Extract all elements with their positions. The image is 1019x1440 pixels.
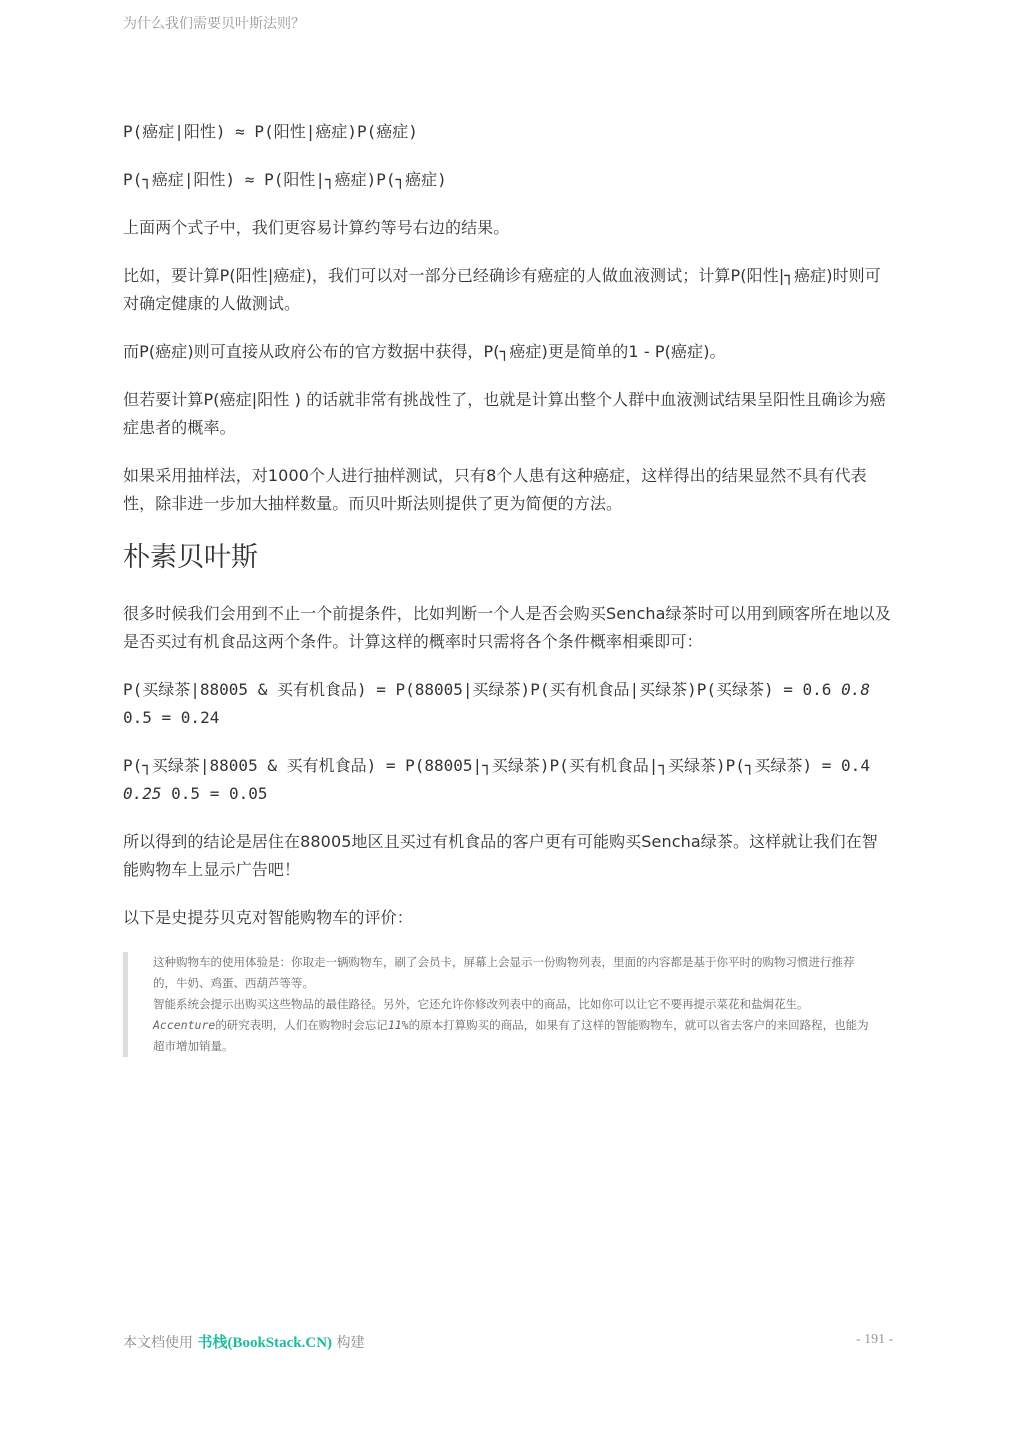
formula-text: P(买绿茶|88005 & 买有机食品) = P(88005|买绿茶)P(买有机… <box>123 680 841 699</box>
paragraph: 以下是史提芬贝克对智能购物车的评价： <box>123 904 893 932</box>
footer-prefix: 本文档使用 <box>123 1335 197 1351</box>
blockquote: 这种购物车的使用体验是：你取走一辆购物车，刷了会员卡，屏幕上会显示一份购物列表，… <box>123 952 873 1057</box>
page-number: - 191 - <box>856 1332 893 1348</box>
formula-text: 0.5 = 0.05 <box>162 784 268 803</box>
paragraph: 但若要计算P(癌症|阳性 ) 的话就非常有挑战性了，也就是计算出整个人群中血液测… <box>123 386 893 442</box>
bookstack-link[interactable]: 书栈(BookStack.CN) <box>197 1335 332 1351</box>
formula-cancer-given-positive: P(癌症|阳性) ≈ P(阳性|癌症)P(癌症) <box>123 118 893 146</box>
footer-suffix: 构建 <box>332 1335 364 1351</box>
formula-not-buy-green-tea: P(┐买绿茶|88005 & 买有机食品) = P(88005|┐买绿茶)P(买… <box>123 752 893 808</box>
quote-italic: Accenture <box>153 1018 215 1032</box>
formula-not-cancer-given-positive: P(┐癌症|阳性) ≈ P(阳性|┐癌症)P(┐癌症) <box>123 166 893 194</box>
quote-italic: 11% <box>388 1018 409 1032</box>
quote-line: 智能系统会提示出购买这些物品的最佳路径。另外，它还允许你修改列表中的商品，比如你… <box>153 994 873 1015</box>
formula-text: 0.5 = 0.24 <box>123 708 219 727</box>
formula-italic-value: 0.8 <box>841 680 870 699</box>
paragraph: 如果采用抽样法，对1000个人进行抽样测试，只有8个人患有这种癌症，这样得出的结… <box>123 462 893 518</box>
quote-text: 的研究表明，人们在购物时会忘记 <box>215 1018 388 1032</box>
quote-line: Accenture的研究表明，人们在购物时会忘记11%的原本打算购买的商品，如果… <box>153 1015 873 1057</box>
document-body: P(癌症|阳性) ≈ P(阳性|癌症)P(癌症) P(┐癌症|阳性) ≈ P(阳… <box>123 118 893 1057</box>
quote-line: 这种购物车的使用体验是：你取走一辆购物车，刷了会员卡，屏幕上会显示一份购物列表，… <box>153 952 873 994</box>
formula-buy-green-tea: P(买绿茶|88005 & 买有机食品) = P(88005|买绿茶)P(买有机… <box>123 676 893 732</box>
paragraph: 比如，要计算P(阳性|癌症)，我们可以对一部分已经确诊有癌症的人做血液测试；计算… <box>123 262 893 318</box>
formula-text: P(┐买绿茶|88005 & 买有机食品) = P(88005|┐买绿茶)P(买… <box>123 756 870 775</box>
formula-italic-value: 0.25 <box>123 784 162 803</box>
paragraph: 上面两个式子中，我们更容易计算约等号右边的结果。 <box>123 214 893 242</box>
running-header-title: 为什么我们需要贝叶斯法则？ <box>123 13 305 33</box>
footer-credit: 本文档使用 书栈(BookStack.CN) 构建 <box>123 1331 365 1352</box>
paragraph: 而P(癌症)则可直接从政府公布的官方数据中获得，P(┐癌症)更是简单的1 - P… <box>123 338 893 366</box>
section-heading: 朴素贝叶斯 <box>123 538 893 578</box>
paragraph: 所以得到的结论是居住在88005地区且买过有机食品的客户更有可能购买Sencha… <box>123 828 893 884</box>
paragraph: 很多时候我们会用到不止一个前提条件，比如判断一个人是否会购买Sencha绿茶时可… <box>123 600 893 656</box>
